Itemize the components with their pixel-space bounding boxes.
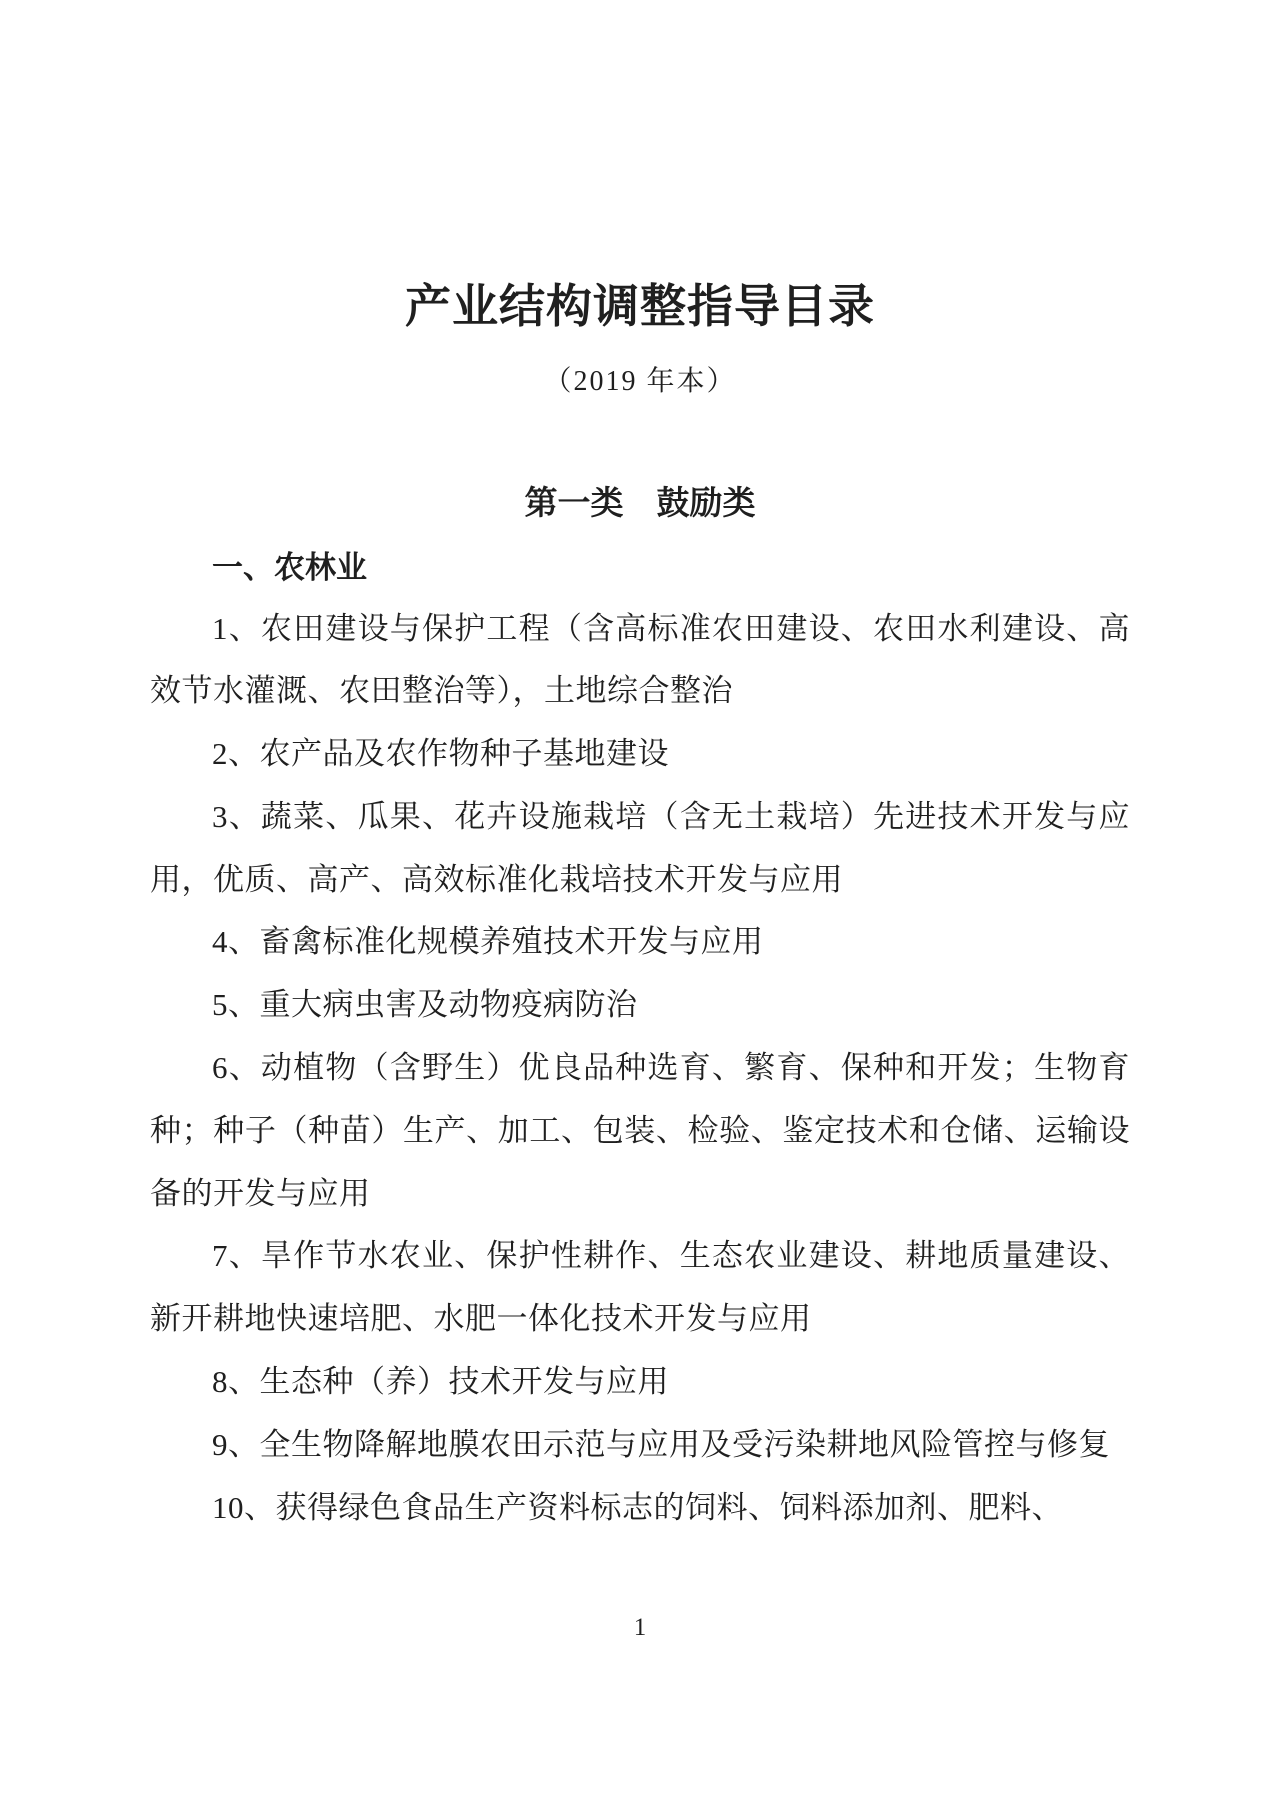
catalog-item-paragraph: 7、旱作节水农业、保护性耕作、生态农业建设、耕地质量建设、新开耕地快速培肥、水肥… — [150, 1225, 1130, 1351]
catalog-item-paragraph: 6、动植物（含野生）优良品种选育、繁育、保种和开发；生物育种；种子（种苗）生产、… — [150, 1037, 1130, 1225]
section-heading-category-one: 第一类 鼓励类 — [150, 482, 1130, 524]
page-number: 1 — [0, 1612, 1280, 1644]
catalog-item-paragraph: 1、农田建设与保护工程（含高标准农田建设、农田水利建设、高效节水灌溉、农田整治等… — [150, 598, 1130, 724]
document-page: 产业结构调整指导目录 （2019 年本） 第一类 鼓励类 一、农林业 1、农田建… — [0, 0, 1280, 1810]
catalog-item-paragraph: 5、重大病虫害及动物疫病防治 — [150, 974, 1130, 1037]
catalog-item-paragraph: 8、生态种（养）技术开发与应用 — [150, 1351, 1130, 1414]
document-title: 产业结构调整指导目录 — [150, 0, 1130, 336]
document-subtitle: （2019 年本） — [150, 364, 1130, 400]
catalog-item-paragraph: 2、农产品及农作物种子基地建设 — [150, 723, 1130, 786]
catalog-item-paragraph: 4、畜禽标准化规模养殖技术开发与应用 — [150, 911, 1130, 974]
catalog-item-paragraph: 9、全生物降解地膜农田示范与应用及受污染耕地风险管控与修复 — [150, 1414, 1130, 1477]
catalog-item-paragraph: 10、获得绿色食品生产资料标志的饲料、饲料添加剂、肥料、 — [150, 1477, 1130, 1540]
chapter-heading-agriculture-forestry: 一、农林业 — [150, 548, 1130, 588]
body-paragraphs: 1、农田建设与保护工程（含高标准农田建设、农田水利建设、高效节水灌溉、农田整治等… — [150, 598, 1130, 1540]
catalog-item-paragraph: 3、蔬菜、瓜果、花卉设施栽培（含无土栽培）先进技术开发与应用，优质、高产、高效标… — [150, 786, 1130, 912]
